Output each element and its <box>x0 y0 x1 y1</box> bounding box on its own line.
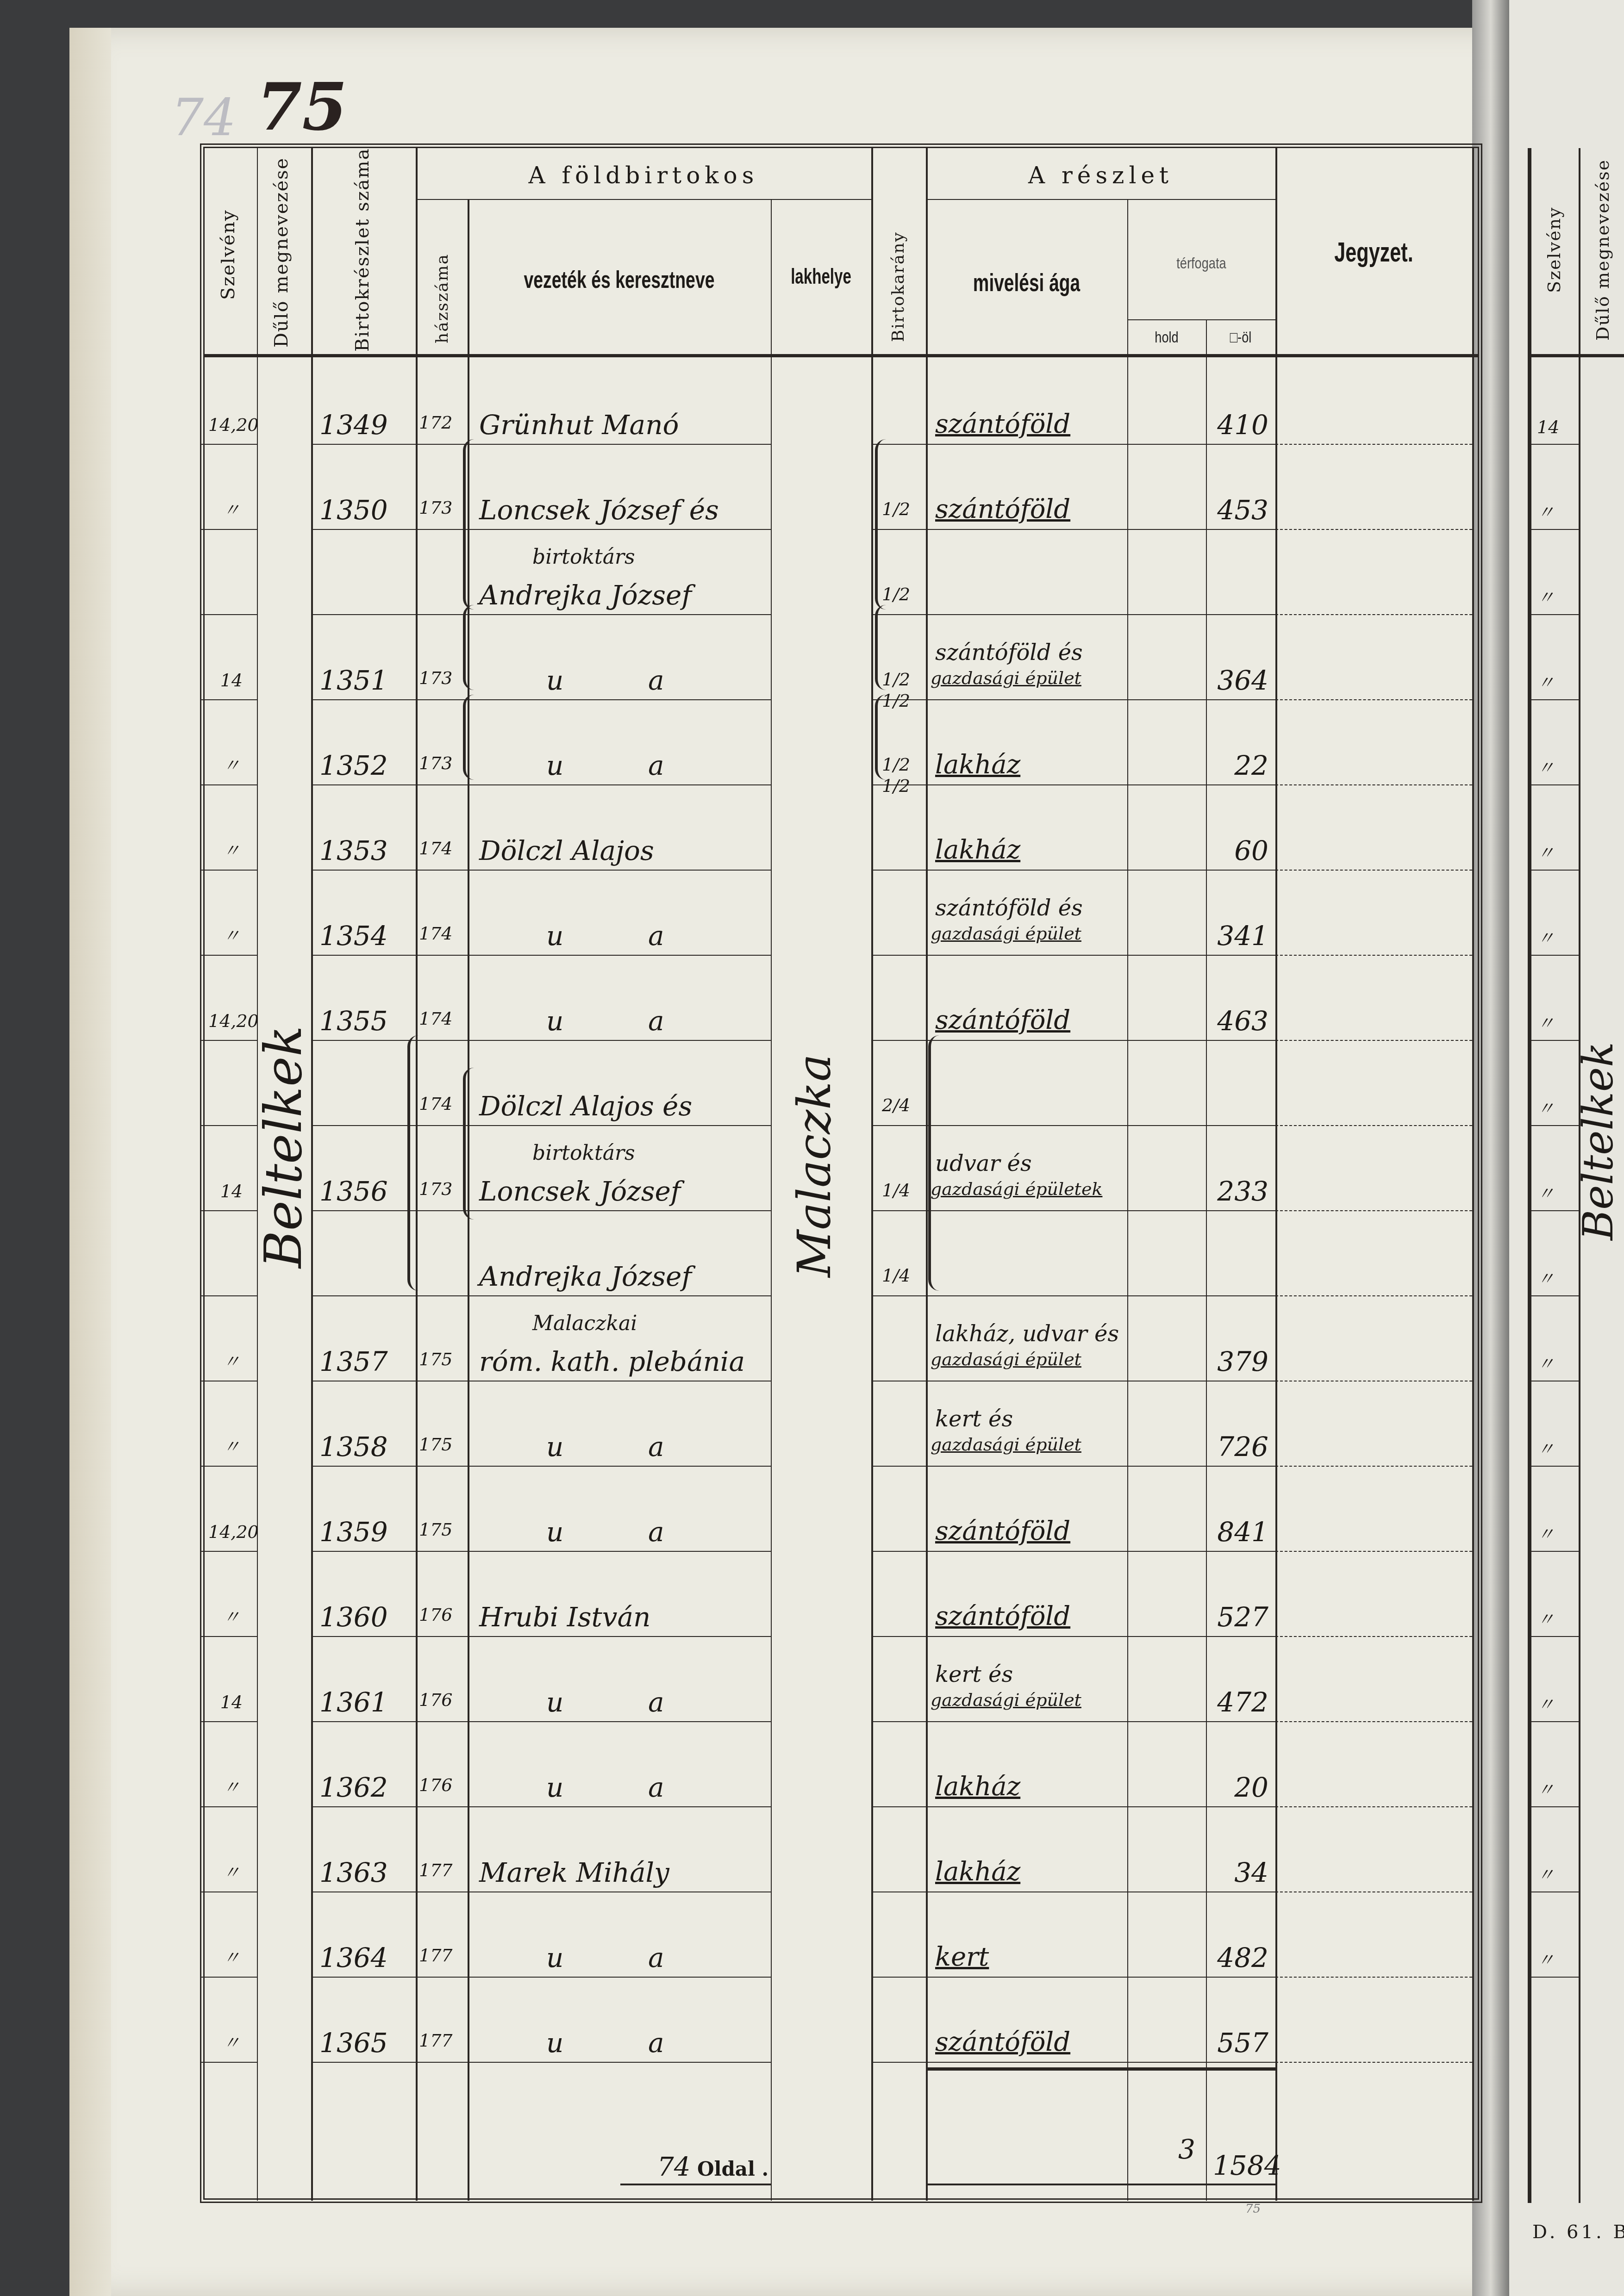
row-rule <box>468 1466 771 1467</box>
miveles: lakház <box>935 752 1125 778</box>
row-rule <box>926 699 1127 700</box>
row-rule <box>1275 955 1472 956</box>
row-rule <box>1127 1806 1206 1807</box>
next-szelveny-cell: 〃 <box>1537 1951 1555 1969</box>
row-rule <box>200 1636 257 1637</box>
reszlet-number: 1363 <box>319 1859 412 1886</box>
total-bottom-rule <box>926 2184 1275 2185</box>
szelveny-cell: 〃 <box>208 1864 255 1881</box>
header-negyszogol: □-öl <box>1213 329 1268 347</box>
row-rule <box>1206 1040 1275 1041</box>
miveles: lakház <box>935 1774 1125 1800</box>
oldal-reference: 74 Oldal . <box>657 2152 768 2182</box>
row-rule <box>1275 784 1472 785</box>
owner-name: Hrubi István <box>479 1604 766 1630</box>
name-note: birtoktárs <box>532 1143 718 1164</box>
row-rule <box>1275 444 1472 445</box>
row-rule <box>1127 1210 1206 1211</box>
row-rule <box>871 1636 926 1637</box>
next-szelveny-cell: 〃 <box>1537 1440 1555 1458</box>
next-row-rule <box>1530 529 1579 530</box>
miveles: kert <box>935 1944 1125 1970</box>
haz-number: 177 <box>419 1861 465 1879</box>
negyszogol-value: 463 <box>1208 1008 1268 1034</box>
szelveny-cell: 〃 <box>208 1779 255 1796</box>
row-rule <box>200 955 257 956</box>
row-rule <box>1275 1295 1472 1296</box>
ditto-u: u <box>546 922 574 949</box>
haz-number: 173 <box>419 669 465 687</box>
row-rule <box>416 1381 468 1381</box>
reszlet-number: 1350 <box>319 497 412 523</box>
next-szelveny-cell: 〃 <box>1537 1781 1555 1798</box>
miveles: szántóföld <box>935 1518 1125 1544</box>
negyszogol-value: 233 <box>1208 1178 1268 1205</box>
oldal-number: 74 <box>657 2152 690 2182</box>
birtokarany: 1/2 <box>882 584 924 605</box>
co-owner-brace <box>875 605 886 690</box>
row-rule <box>311 699 416 700</box>
haz-number: 174 <box>419 1095 465 1113</box>
row-rule <box>1127 1892 1206 1892</box>
negyszogol-value: 20 <box>1208 1774 1268 1801</box>
next-row-rule <box>1530 1806 1579 1807</box>
lakhely-name: Malaczka <box>787 1018 841 1277</box>
row-rule <box>416 1040 468 1041</box>
row-rule <box>1275 699 1472 700</box>
row-rule <box>926 1466 1127 1467</box>
row-rule <box>200 614 257 615</box>
row-rule <box>1206 529 1275 530</box>
co-owner-brace <box>875 695 886 780</box>
haz-number: 172 <box>419 414 465 431</box>
row-rule <box>416 529 468 530</box>
row-rule <box>1127 529 1206 530</box>
row-rule <box>1275 1892 1472 1892</box>
next-header-dulo: Dűlő megnevezése <box>1593 153 1613 347</box>
row-rule <box>416 955 468 956</box>
page-edge <box>69 28 111 2296</box>
header-szelveny: Szelvény <box>218 157 239 352</box>
row-rule <box>468 1125 771 1126</box>
row-rule <box>200 1125 257 1126</box>
header-divider <box>416 199 871 200</box>
haz-number: 174 <box>419 1010 465 1027</box>
haz-number: 177 <box>419 2032 465 2049</box>
co-owner-brace <box>463 605 474 690</box>
column-divider <box>926 148 928 2201</box>
next-szelveny-cell: 〃 <box>1537 1185 1555 1202</box>
row-rule <box>1206 1892 1275 1892</box>
row-rule <box>1206 444 1275 445</box>
next-szelveny-cell: 14 <box>1537 418 1559 436</box>
row-rule <box>468 870 771 871</box>
row-rule <box>200 2062 257 2063</box>
row-rule <box>468 1551 771 1552</box>
row-rule <box>926 529 1127 530</box>
miveles: szántóföld és <box>935 641 1125 664</box>
row-rule <box>926 614 1127 615</box>
reszlet-number: 1358 <box>319 1433 412 1460</box>
reszlet-number: 1365 <box>319 2029 412 2056</box>
negyszogol-value: 22 <box>1208 752 1268 779</box>
row-rule <box>468 2062 771 2063</box>
row-rule <box>468 1806 771 1807</box>
row-rule <box>416 1466 468 1467</box>
row-rule <box>871 1977 926 1978</box>
header-reszlet-group: A részlet <box>926 162 1275 189</box>
row-rule <box>200 1892 257 1892</box>
next-row-rule <box>1530 1381 1579 1381</box>
ditto-u: u <box>546 1944 574 1971</box>
next-szelveny-cell: 〃 <box>1537 1525 1555 1543</box>
row-rule <box>1206 1381 1275 1381</box>
next-szelveny-cell: 〃 <box>1537 844 1555 862</box>
row-rule <box>1206 614 1275 615</box>
next-szelveny-cell: 〃 <box>1537 929 1555 947</box>
szelveny-cell: 14,20 <box>208 1012 255 1030</box>
haz-number: 176 <box>419 1776 465 1794</box>
miveles: lakház <box>935 837 1125 863</box>
pencil-note: 75 <box>1245 2203 1261 2215</box>
header-birtokarany: Birtokarány <box>889 222 908 352</box>
row-rule <box>468 699 771 700</box>
row-rule <box>871 1721 926 1722</box>
row-rule <box>311 1721 416 1722</box>
row-rule <box>926 1806 1127 1807</box>
haz-number: 173 <box>419 1180 465 1198</box>
row-rule <box>311 444 416 445</box>
row-rule <box>926 1125 1127 1126</box>
miveles: szántóföld <box>935 497 1125 523</box>
row-rule <box>1206 1806 1275 1807</box>
reszlet-number: 1364 <box>319 1944 412 1971</box>
row-rule <box>200 444 257 445</box>
row-rule <box>1275 1977 1472 1978</box>
row-rule <box>871 1125 926 1126</box>
szelveny-cell: 〃 <box>208 757 255 774</box>
row-rule <box>468 1295 771 1296</box>
row-rule <box>311 1636 416 1637</box>
row-rule <box>200 1551 257 1552</box>
row-rule <box>311 1125 416 1126</box>
owner-name: Marek Mihály <box>479 1859 766 1886</box>
next-row-rule <box>1530 870 1579 871</box>
row-rule <box>871 1381 926 1381</box>
owner-name: Loncsek József <box>479 1178 766 1205</box>
row-rule <box>926 1040 1127 1041</box>
co-owner-brace <box>875 439 886 610</box>
haz-number: 173 <box>419 499 465 516</box>
miveles: szántóföld <box>935 1008 1125 1033</box>
next-row-rule <box>1530 1210 1579 1211</box>
row-rule <box>468 1636 771 1637</box>
birtokarany: 1/2 <box>882 499 924 520</box>
column-divider <box>1275 148 1277 2201</box>
row-rule <box>468 1721 771 1722</box>
row-rule <box>1127 955 1206 956</box>
negyszogol-value: 34 <box>1208 1859 1268 1886</box>
row-rule <box>200 1721 257 1722</box>
row-rule <box>1127 1125 1206 1126</box>
row-rule <box>200 1210 257 1211</box>
szelveny-cell: 〃 <box>208 1353 255 1370</box>
total-rule <box>926 2067 1275 2071</box>
total-hold: 3 <box>1178 2136 1195 2163</box>
row-rule <box>1206 2062 1275 2063</box>
szelveny-cell: 14 <box>208 1182 255 1200</box>
haz-number: 174 <box>419 840 465 857</box>
next-row-rule <box>1530 1892 1579 1892</box>
next-row-rule <box>1530 614 1579 615</box>
row-rule <box>468 1977 771 1978</box>
szelveny-cell: 14 <box>208 672 255 689</box>
oldal-rule <box>620 2184 771 2185</box>
row-rule <box>311 1040 416 1041</box>
next-szelveny-cell: 〃 <box>1537 1355 1555 1373</box>
row-rule <box>468 1892 771 1892</box>
row-rule <box>200 1806 257 1807</box>
co-owner-brace <box>928 1035 939 1291</box>
owner-name: Grünhut Manó <box>479 411 766 438</box>
ditto-u: u <box>546 752 574 779</box>
row-rule <box>200 784 257 785</box>
haz-number: 175 <box>419 1350 465 1368</box>
szelveny-cell: 〃 <box>208 842 255 859</box>
row-rule <box>871 1295 926 1296</box>
row-rule <box>200 1466 257 1467</box>
row-rule <box>416 699 468 700</box>
row-rule <box>468 444 771 445</box>
row-rule <box>416 1295 468 1296</box>
row-rule <box>416 1551 468 1552</box>
ditto-a: a <box>648 2029 676 2056</box>
row-rule <box>416 2062 468 2063</box>
row-rule <box>416 1125 468 1126</box>
row-rule <box>200 1040 257 1041</box>
miveles: udvar és <box>935 1152 1125 1175</box>
row-rule <box>1206 1551 1275 1552</box>
header-hold: hold <box>1135 329 1198 347</box>
reszlet-number: 1351 <box>319 667 412 694</box>
row-rule <box>1275 1806 1472 1807</box>
ditto-a: a <box>648 752 676 779</box>
row-rule <box>311 784 416 785</box>
row-rule <box>871 955 926 956</box>
row-rule <box>311 1806 416 1807</box>
oldal-label: Oldal . <box>697 2158 768 2180</box>
szelveny-cell: 〃 <box>208 1949 255 1966</box>
row-rule <box>311 1551 416 1552</box>
row-rule <box>311 614 416 615</box>
row-rule <box>416 1210 468 1211</box>
land-register-table <box>200 143 1482 2203</box>
form-imprint: D. 61. B <box>1532 2221 1624 2243</box>
szelveny-cell: 〃 <box>208 927 255 945</box>
negyszogol-value: 472 <box>1208 1689 1268 1716</box>
co-owner-brace <box>463 695 474 780</box>
row-rule <box>1127 699 1206 700</box>
ditto-a: a <box>648 1433 676 1460</box>
owner-name: róm. kath. plebánia <box>479 1348 766 1375</box>
row-rule <box>926 955 1127 956</box>
haz-number: 175 <box>419 1436 465 1453</box>
row-rule <box>871 1806 926 1807</box>
haz-number: 177 <box>419 1947 465 1964</box>
row-rule <box>926 1892 1127 1892</box>
next-row-rule <box>1530 1125 1579 1126</box>
szelveny-cell: 〃 <box>208 1608 255 1626</box>
next-row-rule <box>1530 955 1579 956</box>
row-rule <box>871 1210 926 1211</box>
column-divider <box>1127 199 1128 2201</box>
miveles-line2: gazdasági épület <box>931 1436 1125 1453</box>
row-rule <box>200 699 257 700</box>
negyszogol-value: 364 <box>1208 667 1268 694</box>
ditto-a: a <box>648 1944 676 1971</box>
reszlet-number: 1352 <box>319 752 412 779</box>
next-table-border <box>1528 148 1531 2203</box>
co-owner-brace <box>407 1035 418 1291</box>
szelveny-cell: 14,20 <box>208 416 255 434</box>
negyszogol-value: 341 <box>1208 922 1268 949</box>
row-rule <box>871 1551 926 1552</box>
row-rule <box>926 1721 1127 1722</box>
next-header-szelveny: Szelvény <box>1544 157 1564 342</box>
miveles: kert és <box>935 1408 1125 1430</box>
row-rule <box>926 2062 1127 2063</box>
owner-name: Andrejka József <box>479 582 766 609</box>
haz-number: 175 <box>419 1521 465 1538</box>
row-rule <box>1275 870 1472 871</box>
szelveny-cell: 14,20 <box>208 1523 255 1541</box>
co-owner-brace <box>463 439 474 610</box>
next-szelveny-cell: 〃 <box>1537 1100 1555 1117</box>
next-szelveny-cell: 〃 <box>1537 1866 1555 1884</box>
next-szelveny-cell: 〃 <box>1537 1611 1555 1628</box>
row-rule <box>311 870 416 871</box>
row-rule <box>871 1892 926 1892</box>
row-rule <box>1206 1125 1275 1126</box>
header-bottom-rule <box>205 354 1478 357</box>
row-rule <box>926 444 1127 445</box>
miveles: kert és <box>935 1663 1125 1686</box>
row-rule <box>926 784 1127 785</box>
row-rule <box>1275 1636 1472 1637</box>
row-rule <box>200 1295 257 1296</box>
reszlet-number: 1354 <box>319 922 412 949</box>
row-rule <box>1275 1210 1472 1211</box>
birtokarany: 1/2 1/2 <box>882 669 924 711</box>
row-rule <box>468 784 771 785</box>
header-birtokreszlet: Birtokrészlet száma <box>352 153 373 352</box>
next-szelveny-cell: 〃 <box>1537 674 1555 691</box>
row-rule <box>1275 1551 1472 1552</box>
reszlet-number: 1357 <box>319 1348 412 1375</box>
row-rule <box>1275 1125 1472 1126</box>
column-divider <box>1472 148 1474 2201</box>
row-rule <box>416 870 468 871</box>
row-rule <box>468 955 771 956</box>
row-rule <box>926 1210 1127 1211</box>
haz-number: 174 <box>419 925 465 942</box>
row-rule <box>468 1381 771 1381</box>
row-rule <box>1127 1466 1206 1467</box>
co-owner-brace <box>463 1068 474 1220</box>
next-row-rule <box>1530 699 1579 700</box>
name-note: Malaczkai <box>532 1313 718 1334</box>
row-rule <box>1127 1551 1206 1552</box>
row-rule <box>1275 1381 1472 1381</box>
negyszogol-value: 410 <box>1208 411 1268 438</box>
row-rule <box>416 1636 468 1637</box>
header-miveles: mivelési ága <box>954 268 1099 297</box>
birtokarany: 1/4 <box>882 1180 924 1201</box>
ditto-a: a <box>648 1008 676 1034</box>
total-negyszogol: 1584 <box>1213 2152 1268 2179</box>
row-rule <box>926 1381 1127 1381</box>
header-divider <box>926 199 1275 200</box>
row-rule <box>1206 1210 1275 1211</box>
next-row-rule <box>1530 1721 1579 1722</box>
reszlet-number: 1353 <box>319 837 412 864</box>
column-divider <box>1206 319 1207 2201</box>
row-rule <box>468 529 771 530</box>
miveles: lakház, udvar és <box>935 1323 1125 1345</box>
reszlet-number: 1361 <box>319 1689 412 1716</box>
row-rule <box>871 870 926 871</box>
row-rule <box>1206 1295 1275 1296</box>
row-rule <box>468 614 771 615</box>
next-row-rule <box>1530 1466 1579 1467</box>
row-rule <box>416 1806 468 1807</box>
row-rule <box>1206 1466 1275 1467</box>
row-rule <box>311 529 416 530</box>
ditto-a: a <box>648 1518 676 1545</box>
row-rule <box>311 1892 416 1892</box>
page-number: 75 <box>257 69 347 145</box>
row-rule <box>1206 1977 1275 1978</box>
negyszogol-value: 379 <box>1208 1348 1268 1375</box>
row-rule <box>200 1977 257 1978</box>
row-rule <box>416 444 468 445</box>
row-rule <box>1127 870 1206 871</box>
ditto-a: a <box>648 1774 676 1801</box>
ditto-a: a <box>648 922 676 949</box>
negyszogol-value: 453 <box>1208 497 1268 523</box>
next-table-border <box>1579 148 1580 2203</box>
row-rule <box>1275 1040 1472 1041</box>
row-rule <box>311 1210 416 1211</box>
header-dulo: Dűlő megnevezése <box>271 153 292 352</box>
next-row-rule <box>1530 1040 1579 1041</box>
birtokarany: 1/4 <box>882 1265 924 1287</box>
row-rule <box>1127 1977 1206 1978</box>
ditto-a: a <box>648 667 676 694</box>
row-rule <box>1275 614 1472 615</box>
szelveny-cell: 〃 <box>208 501 255 519</box>
header-foldbirtokos-group: A földbirtokos <box>416 162 871 189</box>
row-rule <box>926 1977 1127 1978</box>
row-rule <box>926 1295 1127 1296</box>
header-divider <box>1127 319 1275 320</box>
next-row-rule <box>1530 1295 1579 1296</box>
ditto-u: u <box>546 667 574 694</box>
owner-name: Andrejka József <box>479 1263 766 1290</box>
header-vezetek: vezeték és keresztneve <box>510 266 729 294</box>
reszlet-number: 1349 <box>319 411 412 438</box>
row-rule <box>1275 1721 1472 1722</box>
